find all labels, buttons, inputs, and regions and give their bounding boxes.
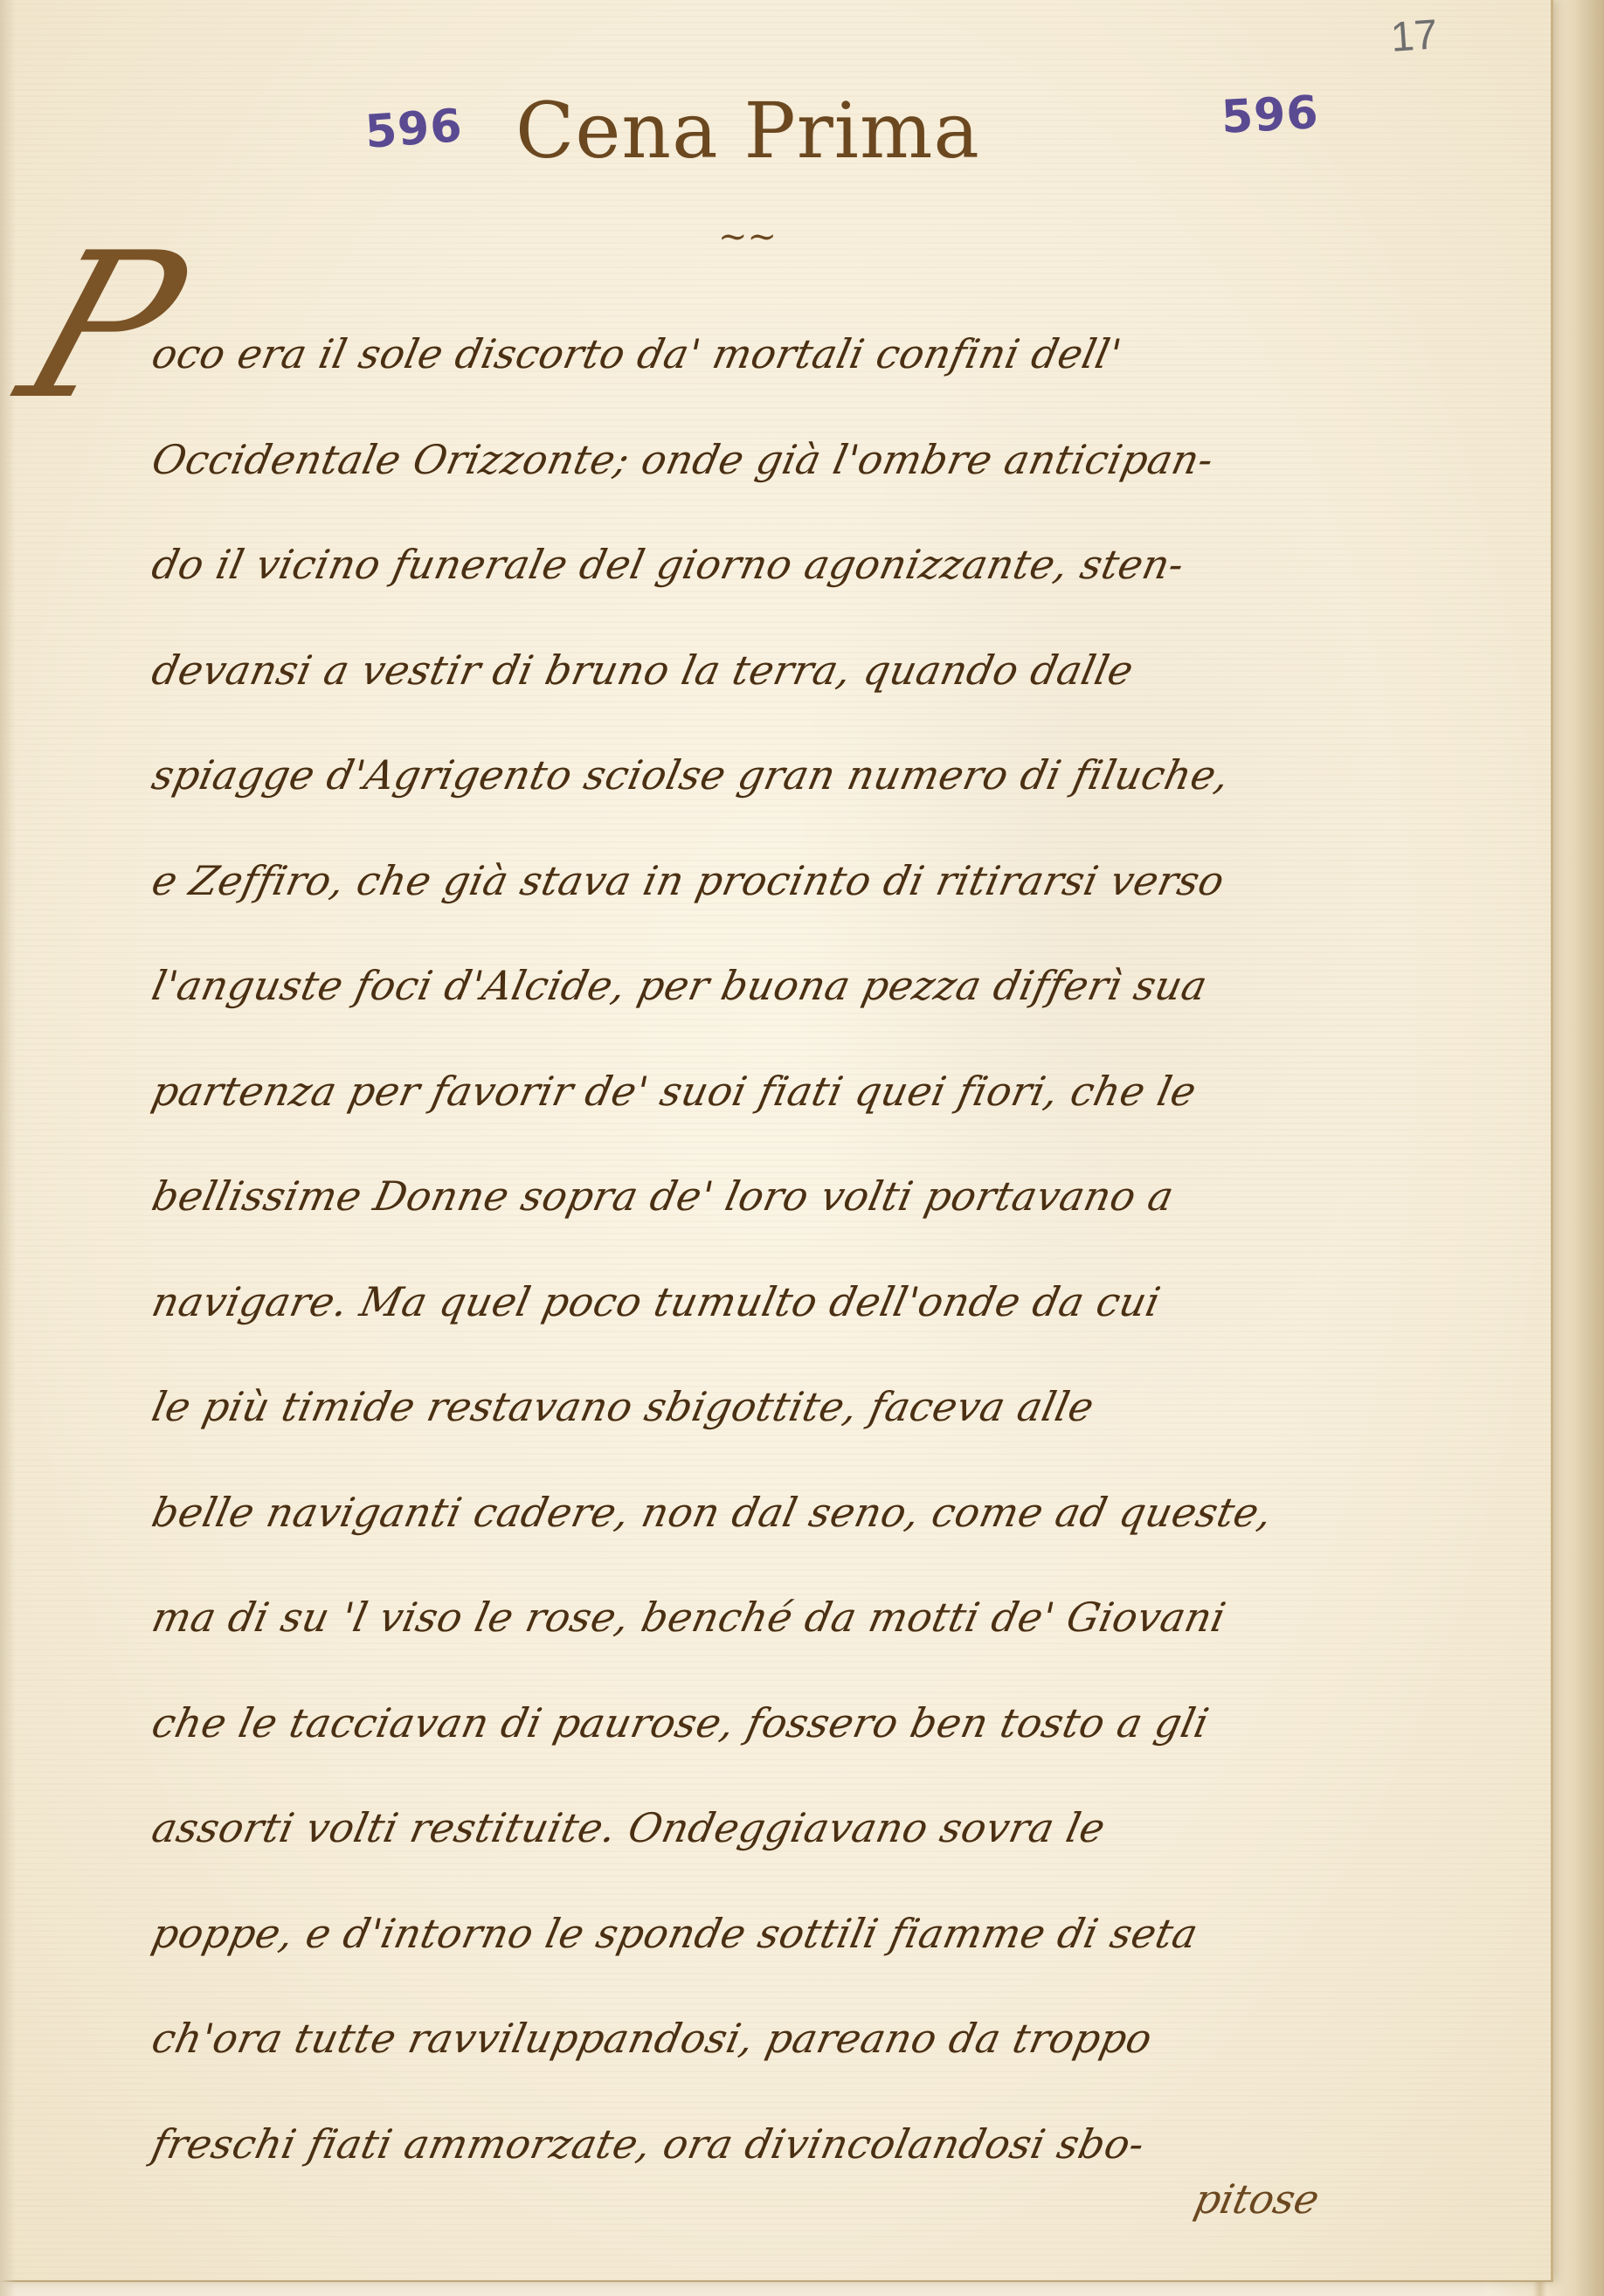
text-line: navigare. Ma quel poco tumulto dell'onde… <box>142 1249 1422 1355</box>
text-line: belle naviganti cadere, non dal seno, co… <box>142 1460 1422 1566</box>
text-line: che le tacciavan di paurose, fossero ben… <box>142 1670 1422 1776</box>
text-line: do il vicino funerale del giorno agonizz… <box>142 512 1422 618</box>
title-ornament-icon: ~~ <box>718 217 777 257</box>
text-line: le più timide restavano sbigottite, face… <box>142 1354 1422 1460</box>
text-line: l'anguste foci d'Alcide, per buona pezza… <box>142 933 1422 1039</box>
text-line: ch'ora tutte ravviluppandosi, pareano da… <box>142 1986 1422 2092</box>
page-title: Cena Prima <box>515 86 980 176</box>
text-line: bellissime Donne sopra de' loro volti po… <box>142 1144 1422 1249</box>
catchword: pitose <box>1190 2175 1324 2223</box>
text-line: oco era il sole discorto da' mortali con… <box>142 301 1422 407</box>
binding-shadow <box>0 0 16 2296</box>
manuscript-text: oco era il sole discorto da' mortali con… <box>153 301 1411 2196</box>
manuscript-page: 17 596 Cena Prima 596 ~~ P oco era il so… <box>0 0 1553 2282</box>
text-line: Occidentale Orizzonte; onde già l'ombre … <box>142 407 1422 513</box>
archive-stamp-right: 596 <box>1220 86 1321 144</box>
text-line: spiagge d'Agrigento sciolse gran numero … <box>142 723 1422 828</box>
text-line: ma di su 'l viso le rose, benché da mott… <box>142 1565 1422 1670</box>
text-line: devansi a vestir di bruno la terra, quan… <box>142 618 1422 723</box>
archive-stamp-left: 596 <box>363 100 464 159</box>
text-line: assorti volti restituite. Ondeggiavano s… <box>142 1775 1422 1881</box>
text-line: poppe, e d'intorno le sponde sottili fia… <box>142 1881 1422 1987</box>
text-line: e Zeffiro, che già stava in procinto di … <box>142 828 1422 934</box>
text-line: partenza per favorir de' suoi fiati quei… <box>142 1039 1422 1145</box>
folio-number: 17 <box>1389 10 1439 62</box>
